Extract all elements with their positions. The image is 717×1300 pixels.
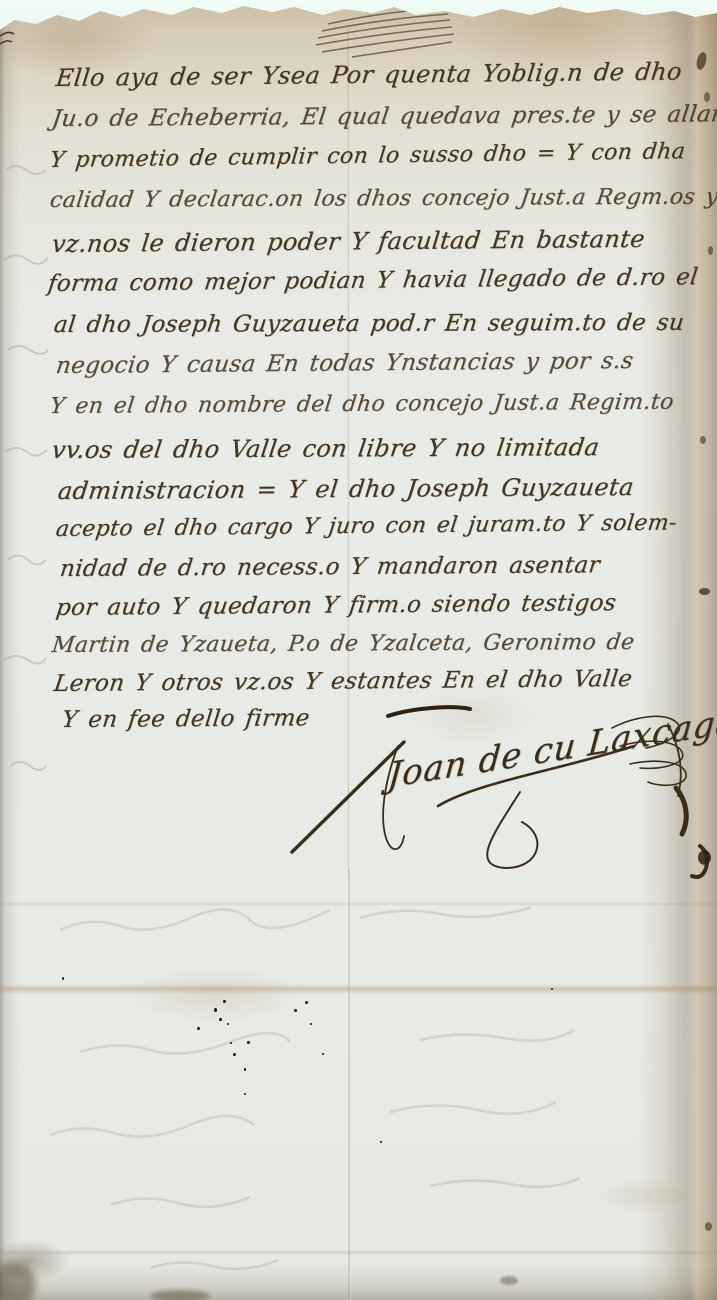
ink-speck [219,1018,222,1021]
edge-ink-blob [704,92,710,102]
ink-speck [247,1041,250,1044]
edge-ink-blob [700,436,706,444]
edge-ink-blob [705,1222,712,1231]
ink-speck [305,1001,308,1004]
bottom-smudge [500,1276,518,1285]
ink-speck [62,977,64,980]
ink-speck [551,988,553,990]
manuscript-page: Ello aya de ser Ysea Por quenta Yoblig.n… [0,0,717,1300]
ink-speck [230,1042,232,1044]
ink-speck [214,1008,217,1012]
edge-ink-blob [708,246,713,255]
ink-speck [380,1141,382,1143]
ink-speck [244,1068,246,1071]
edge-ink-blob [698,850,711,865]
ink-speck [197,1027,200,1030]
ink-speck [244,1093,246,1095]
edge-ink-blob [699,588,710,595]
ink-speck [310,1023,312,1025]
signature-flourish [0,0,717,900]
ink-speck [294,1009,297,1012]
bottom-smudge [150,1290,210,1300]
ink-speck [322,1053,324,1055]
scanned-document: Ello aya de ser Ysea Por quenta Yoblig.n… [0,0,717,1300]
ink-speck [233,1053,236,1056]
ink-speck [227,1023,229,1025]
ink-speck [223,1000,226,1003]
